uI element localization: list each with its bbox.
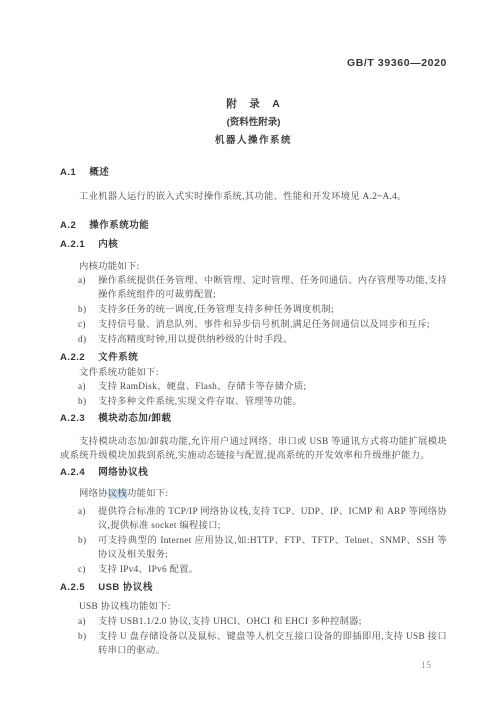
list-item: a) 提供符合标准的 TCP/IP 网络协议栈,支持 TCP、UDP、IP、IC… — [78, 505, 447, 533]
section-a23-paragraph: 支持模块动态加/卸载功能,允许用户通过网络、串口或 USB 等通讯方式将功能扩展… — [60, 435, 447, 463]
annex-title-block: 附 录 A (资料性附录) 机器人操作系统 — [60, 97, 447, 147]
list-item-label: c) — [78, 318, 98, 332]
network-stack-intro: 网络协议栈功能如下: — [60, 487, 447, 501]
list-item-text: 可支持典型的 Internet 应用协议,如:HTTP、FTP、TFTP、Tel… — [98, 534, 447, 562]
section-number: A.2.3 — [60, 412, 85, 426]
intro-text-part: 网络协 — [79, 489, 108, 499]
list-item-label: b) — [78, 395, 98, 409]
section-number: A.2.2 — [60, 351, 85, 365]
page-number: 15 — [60, 659, 447, 671]
network-feature-list: a) 提供符合标准的 TCP/IP 网络协议栈,支持 TCP、UDP、IP、IC… — [60, 505, 447, 577]
section-title: 模块动态加/卸载 — [98, 413, 171, 424]
list-item-label: a) — [78, 615, 98, 629]
usb-feature-list: a) 支持 USB1.1/2.0 协议,支持 UHCI、OHCI 和 EHCI … — [60, 615, 447, 658]
list-item: b) 支持 U 盘存储设备以及鼠标、键盘等人机交互接口设备的即插即用,支持 US… — [78, 630, 447, 658]
section-a1-heading: A.1概述 — [60, 166, 447, 180]
page-content: GB/T 39360—2020 附 录 A (资料性附录) 机器人操作系统 A.… — [0, 0, 500, 671]
list-item: a) 支持 USB1.1/2.0 协议,支持 UHCI、OHCI 和 EHCI … — [78, 615, 447, 629]
list-item-text: 提供符合标准的 TCP/IP 网络协议栈,支持 TCP、UDP、IP、ICMP … — [98, 505, 447, 533]
annex-name: 机器人操作系统 — [60, 134, 447, 147]
list-item: c) 支持信号量、消息队列、事件和异步信号机制,满足任务间通信以及同步和互斥; — [78, 318, 447, 332]
usb-stack-intro: USB 协议栈功能如下: — [60, 600, 447, 614]
section-number: A.2.5 — [60, 581, 85, 595]
list-item-text: 支持 IPv4、IPv6 配置。 — [98, 563, 447, 577]
list-item-text: 支持多任务的统一调度,任务管理支持多种任务调度机制; — [98, 303, 447, 317]
section-a25-heading: A.2.5USB 协议栈 — [60, 581, 447, 595]
list-item-label: b) — [78, 630, 98, 658]
list-item-label: b) — [78, 534, 98, 562]
list-item: a) 支持 RamDisk、硬盘、Flash、存储卡等存储介质; — [78, 380, 447, 394]
section-title: 操作系统功能 — [89, 220, 149, 231]
intro-text-part: 功能如下: — [127, 489, 168, 499]
standard-code: GB/T 39360—2020 — [60, 56, 447, 70]
section-title: 概述 — [89, 167, 109, 178]
section-title: USB 协议栈 — [98, 582, 153, 593]
filesystem-intro: 文件系统功能如下: — [60, 366, 447, 380]
annex-label: 附 录 A — [60, 97, 447, 111]
list-item-text: 支持信号量、消息队列、事件和异步信号机制,满足任务间通信以及同步和互斥; — [98, 318, 447, 332]
list-item-text: 支持高精度时钟,用以提供纳秒级的计时手段。 — [98, 333, 447, 347]
section-a24-heading: A.2.4网络协议栈 — [60, 466, 447, 480]
list-item-text: 支持 U 盘存储设备以及鼠标、键盘等人机交互接口设备的即插即用,支持 USB 接… — [98, 630, 447, 658]
list-item: d) 支持高精度时钟,用以提供纳秒级的计时手段。 — [78, 333, 447, 347]
section-a22-heading: A.2.2文件系统 — [60, 351, 447, 365]
list-item-label: b) — [78, 303, 98, 317]
section-title: 内核 — [98, 239, 118, 250]
kernel-intro: 内核功能如下: — [60, 260, 447, 274]
list-item-text: 操作系统提供任务管理、中断管理、定时管理、任务间通信、内存管理等功能,支持操作系… — [98, 274, 447, 302]
section-number: A.2.1 — [60, 238, 85, 252]
list-item: b) 支持多任务的统一调度,任务管理支持多种任务调度机制; — [78, 303, 447, 317]
list-item: b) 可支持典型的 Internet 应用协议,如:HTTP、FTP、TFTP、… — [78, 534, 447, 562]
section-a2-heading: A.2操作系统功能 — [60, 219, 447, 233]
list-item-text: 支持 RamDisk、硬盘、Flash、存储卡等存储介质; — [98, 380, 447, 394]
section-number: A.2.4 — [60, 466, 85, 480]
list-item-text: 支持 USB1.1/2.0 协议,支持 UHCI、OHCI 和 EHCI 多种控… — [98, 615, 447, 629]
list-item-label: a) — [78, 380, 98, 394]
list-item: a) 操作系统提供任务管理、中断管理、定时管理、任务间通信、内存管理等功能,支持… — [78, 274, 447, 302]
filesystem-feature-list: a) 支持 RamDisk、硬盘、Flash、存储卡等存储介质; b) 支持多种… — [60, 380, 447, 409]
list-item-label: d) — [78, 333, 98, 347]
section-title: 网络协议栈 — [98, 467, 148, 478]
section-number: A.1 — [60, 166, 76, 180]
list-item-label: c) — [78, 563, 98, 577]
list-item: c) 支持 IPv4、IPv6 配置。 — [78, 563, 447, 577]
section-title: 文件系统 — [98, 352, 138, 363]
list-item-text: 支持多种文件系统,实现文件存取、管理等功能。 — [98, 395, 447, 409]
list-item-label: a) — [78, 505, 98, 533]
section-a21-heading: A.2.1内核 — [60, 238, 447, 252]
annex-type: (资料性附录) — [60, 116, 447, 129]
section-number: A.2 — [60, 219, 76, 233]
kernel-feature-list: a) 操作系统提供任务管理、中断管理、定时管理、任务间通信、内存管理等功能,支持… — [60, 274, 447, 347]
section-a23-heading: A.2.3模块动态加/卸载 — [60, 412, 447, 426]
list-item: b) 支持多种文件系统,实现文件存取、管理等功能。 — [78, 395, 447, 409]
list-item-label: a) — [78, 274, 98, 302]
section-a1-paragraph: 工业机器人运行的嵌入式实时操作系统,其功能、性能和开发环境见 A.2~A.4。 — [60, 190, 447, 204]
scan-highlight-artifact: 议栈 — [108, 489, 127, 499]
document-page: GB/T 39360—2020 附 录 A (资料性附录) 机器人操作系统 A.… — [0, 0, 500, 707]
